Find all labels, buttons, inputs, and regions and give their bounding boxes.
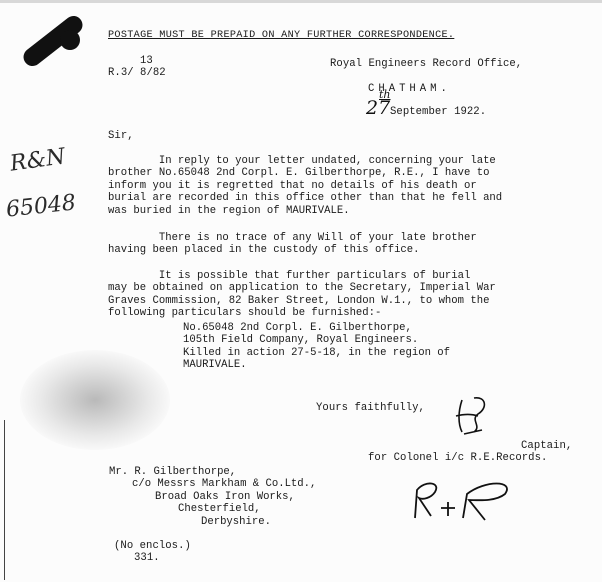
address-line: Broad Oaks Iron Works, <box>155 491 339 503</box>
handwritten-initials-mark <box>405 478 525 524</box>
soldier-particulars: No.65048 2nd Corpl. E. Gilberthorpe, 105… <box>183 322 450 372</box>
enclosures-note: (No enclos.) <box>114 540 191 552</box>
address-line: Mr. R. Gilberthorpe, <box>109 466 293 478</box>
text-line: No.65048 2nd Corpl. E. Gilberthorpe, <box>183 322 450 334</box>
text-line: In reply to your letter undated, concern… <box>108 155 502 167</box>
margin-annotation-unit: R&N <box>9 144 67 176</box>
text-line: may be obtained on application to the Se… <box>108 282 496 294</box>
reference-code: R.3/ 8/82 <box>108 67 166 79</box>
address-line: Chesterfield, <box>178 503 362 515</box>
signatory-for: for Colonel i/c R.E.Records. <box>368 452 547 464</box>
text-line: It is possible that further particulars … <box>108 270 496 282</box>
text-line: having been placed in the custody of thi… <box>108 244 477 256</box>
text-line: inform you it is regretted that no detai… <box>108 180 502 192</box>
stain-speckle <box>20 350 170 450</box>
recipient-address: Mr. R. Gilberthorpe, c/o Messrs Markham … <box>109 466 293 528</box>
letter-page: POSTAGE MUST BE PREPAID ON ANY FURTHER C… <box>0 0 602 582</box>
margin-annotation-number: 65048 <box>5 190 77 222</box>
closing: Yours faithfully, <box>316 402 425 414</box>
text-line: There is no trace of any Will of your la… <box>108 232 477 244</box>
paragraph-will: There is no trace of any Will of your la… <box>108 232 477 257</box>
address-line: c/o Messrs Markham & Co.Ltd., <box>132 478 316 490</box>
page-top-edge <box>0 0 602 3</box>
reference-number: 13 <box>140 55 153 67</box>
text-line: burial are recorded in this office other… <box>108 192 502 204</box>
text-line: brother No.65048 2nd Corpl. E. Gilbertho… <box>108 167 502 179</box>
handwritten-date-suffix: th <box>379 88 391 101</box>
text-line: Graves Commission, 82 Baker Street, Lond… <box>108 295 496 307</box>
footer-code: 331. <box>134 552 160 564</box>
address-line: Derbyshire. <box>201 516 385 528</box>
text-line: following particulars should be furnishe… <box>108 307 496 319</box>
text-line: MAURIVALE. <box>183 359 450 371</box>
letter-date: September 1922. <box>390 106 486 118</box>
signatory-title: Captain, <box>521 440 572 452</box>
office-name: Royal Engineers Record Office, <box>330 58 522 70</box>
text-line: was buried in the region of MAURIVALE. <box>108 205 502 217</box>
signature-mark <box>452 394 492 438</box>
salutation: Sir, <box>108 130 134 142</box>
ink-smudge-head <box>60 30 80 50</box>
paragraph-reply: In reply to your letter undated, concern… <box>108 155 502 217</box>
text-line: 105th Field Company, Royal Engineers. <box>183 334 450 346</box>
text-line: Killed in action 27-5-18, in the region … <box>183 347 450 359</box>
page-edge-line <box>4 420 5 580</box>
postage-notice: POSTAGE MUST BE PREPAID ON ANY FURTHER C… <box>108 30 454 42</box>
paragraph-burial-particulars: It is possible that further particulars … <box>108 270 496 320</box>
